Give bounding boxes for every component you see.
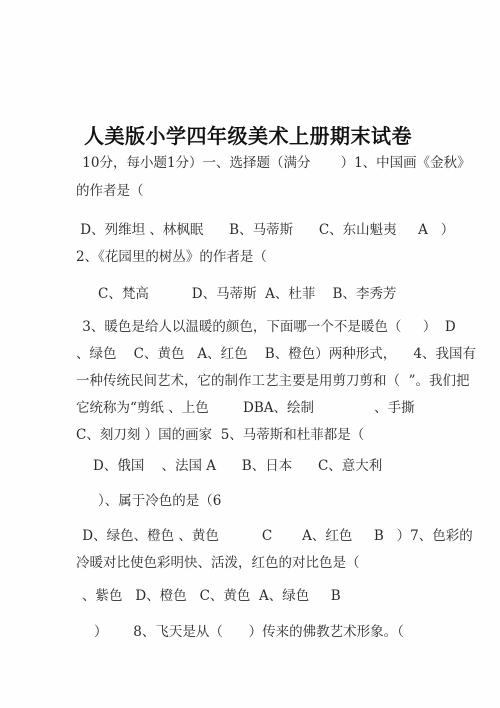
exam-page: 人美版小学四年级美术上册期末试卷 10分，每小题1分）一、选择题（满分 ）1、中… — [0, 0, 500, 708]
text-line: 冷暖对比使色彩明快、活泼，红色的对比色是（ — [76, 554, 360, 572]
text-line: 3、暖色是给人以温暖的颜色，下面哪一个不是暖色（ ） D — [78, 318, 456, 336]
text-line: C、梵高 D、马蒂斯 A、杜菲 B、李秀芳 — [98, 285, 396, 303]
text-line: C、刻刀刻 ）国的画家 5、马蒂斯和杜菲都是（ — [76, 426, 364, 444]
text-line: D、绿色、橙色 、黄色 C A、红色 B ）7、色彩的 — [78, 527, 473, 545]
text-line: 10分，每小题1分）一、选择题（满分 ）1、中国画《金秋》 — [78, 154, 471, 172]
text-line: D、俄国 、法国 A B、日本 C、意大利 — [93, 457, 382, 475]
text-line: 它统称为“剪纸 、上色 DBA、绘制 、手撕 — [76, 399, 415, 417]
text-line: ）、属于冷色的是（6 — [98, 492, 221, 510]
text-line: 的作者是（ — [76, 182, 144, 200]
text-line: ） 8、飞天是从（ ）传来的佛教艺术形象。（ — [94, 623, 404, 641]
document-title: 人美版小学四年级美术上册期末试卷 — [84, 120, 412, 149]
text-line: 、紫色 D、橙色 C、黄色 A、绿色 B — [82, 587, 341, 605]
text-line: D、列维坦 、林枫眠 B、马蒂斯 C、东山魁夷 A ） — [76, 221, 454, 239]
text-line: 、绿色 C、黄色 A、红色 B、橙色）两种形式， 4、我国有 — [76, 345, 476, 363]
text-line: 2、《花园里的树丛》的作者是（ — [76, 248, 267, 266]
text-line: 一种传统民间艺术，它的制作工艺主要是用剪刀剪和（ ”。我们把 — [76, 372, 469, 390]
